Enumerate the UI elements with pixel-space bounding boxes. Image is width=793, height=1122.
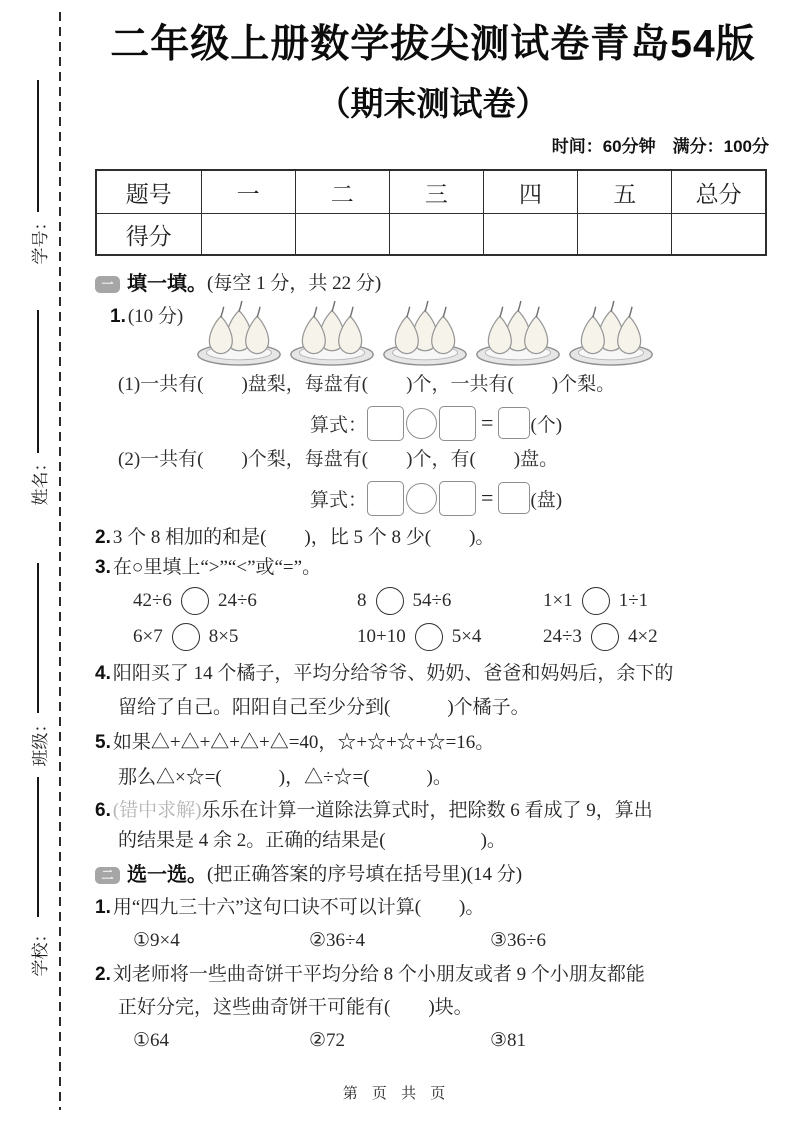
comparison-left: 24÷3: [543, 626, 582, 648]
paper-content: 二年级上册数学拔尖测试卷青岛54版 （期末测试卷） 时间：60分钟 满分：100…: [95, 0, 771, 1054]
class-label: 班级：: [18, 709, 58, 773]
comparison-item: 42÷624÷6: [133, 587, 357, 615]
choice-option: ③81: [490, 1027, 666, 1054]
answer-box[interactable]: [439, 481, 476, 516]
section-two-title: 选一选。: [127, 862, 207, 888]
comparison-item: 1×11÷1: [543, 587, 648, 615]
section-two-note: (把正确答案的序号填在括号里)(14 分): [207, 862, 522, 888]
comparison-item: 854÷6: [357, 587, 543, 615]
exam-info: 时间：60分钟 满分：100分: [95, 136, 771, 158]
score-table-header-cell: 题号: [96, 170, 201, 214]
page-title: 二年级上册数学拔尖测试卷青岛54版: [95, 22, 771, 69]
section-one-heading: 一 填一填。 (每空 1 分，共 22 分): [95, 271, 771, 297]
comparison-circle[interactable]: [172, 623, 200, 651]
operator-circle[interactable]: [406, 483, 437, 514]
question-6-tag: (错中求解): [113, 800, 202, 821]
comparison-circle[interactable]: [376, 587, 404, 615]
comparison-item: 10+105×4: [357, 623, 543, 651]
pears-illustration: [195, 299, 655, 368]
question-2: 2.3 个 8 相加的和是( )，比 5 个 8 少( )。: [95, 524, 771, 551]
formula-row-1: 算式： = (个): [95, 403, 771, 443]
question-5-line1: 如果△+△+△+△+△=40，☆+☆+☆+☆=16。: [113, 732, 494, 753]
question-3: 3.在○里填上“>”“<”或“=”。: [95, 554, 771, 581]
pear-plate-illustration: [567, 299, 655, 368]
formula-unit: (个): [530, 410, 562, 437]
question-5-line2: 那么△×☆=( )，△÷☆=( )。: [95, 764, 771, 791]
answer-box[interactable]: [498, 482, 530, 514]
answer-box[interactable]: [498, 407, 530, 439]
section2-question-2-line2: 正好分完，这些曲奇饼干可能有( )块。: [95, 994, 771, 1021]
equals-sign: =: [481, 410, 493, 436]
question-4-number: 4.: [95, 663, 111, 684]
choice-option: ②72: [309, 1027, 490, 1054]
student-id-write-line[interactable]: [37, 80, 39, 212]
comparison-right: 54÷6: [413, 590, 452, 612]
student-name-write-line[interactable]: [37, 310, 39, 453]
formula-unit: (盘): [530, 485, 562, 512]
margin-dashed-divider: [59, 12, 61, 1110]
score-input-cell[interactable]: [483, 214, 577, 256]
answer-box[interactable]: [367, 406, 404, 441]
pear-plate-illustration: [195, 299, 283, 368]
question-2-text: 3 个 8 相加的和是( )，比 5 个 8 少( )。: [113, 527, 495, 548]
section2-question-2-choices: ①64 ②72 ③81: [95, 1027, 771, 1054]
score-input-cell[interactable]: [201, 214, 295, 256]
score-table-header-cell: 三: [389, 170, 483, 214]
comparison-left: 8: [357, 590, 367, 612]
question-1-part-2: (2)一共有( )个梨，每盘有( )个，有( )盘。: [95, 446, 771, 473]
question-6-line1: 乐乐在计算一道除法算式时，把除数 6 看成了 9，算出: [202, 800, 653, 821]
comparison-right: 4×2: [628, 626, 658, 648]
section2-question-2-line1: 刘老师将一些曲奇饼干平均分给 8 个小朋友或者 9 个小朋友都能: [113, 964, 645, 985]
comparison-item: 6×78×5: [133, 623, 357, 651]
section2-question-2: 2.刘老师将一些曲奇饼干平均分给 8 个小朋友或者 9 个小朋友都能: [95, 961, 771, 988]
question-3-number: 3.: [95, 557, 111, 578]
question-1-part-1: (1)一共有( )盘梨，每盘有( )个，一共有( )个梨。: [95, 371, 771, 398]
question-1-number: 1.: [110, 306, 126, 327]
section2-question-1-choices: ①9×4 ②36÷4 ③36÷6: [95, 927, 771, 954]
comparison-left: 10+10: [357, 626, 406, 648]
question-6-line2: 的结果是 4 余 2。正确的结果是( )。: [95, 827, 771, 854]
choice-option: ②36÷4: [309, 927, 490, 954]
score-table-header-cell: 二: [295, 170, 389, 214]
question-5: 5.如果△+△+△+△+△=40，☆+☆+☆+☆=16。: [95, 729, 771, 756]
score-row-label: 得分: [96, 214, 201, 256]
section2-question-2-number: 2.: [95, 964, 111, 985]
comparison-row-2: 6×78×5 10+105×4 24÷34×2: [95, 620, 771, 653]
school-label: 学校：: [18, 919, 58, 983]
comparison-left: 42÷6: [133, 590, 172, 612]
comparison-right: 1÷1: [619, 590, 648, 612]
section-two-heading: 二 选一选。 (把正确答案的序号填在括号里)(14 分): [95, 862, 771, 888]
choice-option: ①9×4: [133, 927, 309, 954]
comparison-right: 5×4: [452, 626, 482, 648]
question-5-number: 5.: [95, 732, 111, 753]
comparison-row-1: 42÷624÷6 854÷6 1×11÷1: [95, 584, 771, 617]
formula-label: 算式：: [310, 410, 367, 437]
comparison-circle[interactable]: [415, 623, 443, 651]
question-1-points: (10 分): [128, 306, 183, 327]
score-table-header-cell: 总分: [672, 170, 766, 214]
section2-question-1-text: 用“四九三十六”这句口诀不可以计算( )。: [113, 897, 485, 918]
pear-plate-illustration: [474, 299, 562, 368]
student-id-label: 学号：: [18, 207, 58, 271]
score-table-header-cell: 四: [483, 170, 577, 214]
question-4-line2: 留给了自己。阳阳自己至少分到( )个橘子。: [95, 694, 771, 721]
comparison-right: 8×5: [209, 626, 239, 648]
comparison-item: 24÷34×2: [543, 623, 658, 651]
section-one-note: (每空 1 分，共 22 分): [207, 271, 381, 297]
pear-plate-illustration: [381, 299, 469, 368]
question-4-line1: 阳阳买了 14 个橘子，平均分给爷爷、奶奶、爸爸和妈妈后，余下的: [113, 663, 674, 684]
section-two-badge: 二: [95, 867, 120, 884]
score-input-cell[interactable]: [672, 214, 766, 256]
choice-option: ①64: [133, 1027, 309, 1054]
question-6: 6.(错中求解)乐乐在计算一道除法算式时，把除数 6 看成了 9，算出: [95, 797, 771, 824]
equals-sign: =: [481, 485, 493, 511]
section-one-title: 填一填。: [127, 271, 207, 297]
question-2-number: 2.: [95, 527, 111, 548]
score-input-cell[interactable]: [389, 214, 483, 256]
section2-question-1: 1.用“四九三十六”这句口诀不可以计算( )。: [95, 894, 771, 921]
comparison-circle[interactable]: [582, 587, 610, 615]
question-4: 4.阳阳买了 14 个橘子，平均分给爷爷、奶奶、爸爸和妈妈后，余下的: [95, 660, 771, 687]
page-footer: 第 页 共 页: [0, 1084, 793, 1104]
pear-plate-illustration: [288, 299, 376, 368]
comparison-circle[interactable]: [591, 623, 619, 651]
question-6-number: 6.: [95, 800, 111, 821]
comparison-circle[interactable]: [181, 587, 209, 615]
question-1: 1.(10 分): [95, 303, 771, 368]
exam-page: 学号： 姓名： 班级： 学校： 二年级上册数学拔尖测试卷青岛54版 （期末测试卷…: [0, 0, 793, 1122]
school-write-line[interactable]: [37, 777, 39, 917]
answer-box[interactable]: [367, 481, 404, 516]
comparison-right: 24÷6: [218, 590, 257, 612]
operator-circle[interactable]: [406, 408, 437, 439]
score-input-cell[interactable]: [578, 214, 672, 256]
score-table-header-cell: 五: [578, 170, 672, 214]
score-input-cell[interactable]: [295, 214, 389, 256]
score-table: 题号 一 二 三 四 五 总分 得分: [95, 169, 767, 256]
comparison-left: 6×7: [133, 626, 163, 648]
section-one-badge: 一: [95, 276, 120, 293]
answer-box[interactable]: [439, 406, 476, 441]
student-name-label: 姓名：: [18, 448, 58, 512]
comparison-left: 1×1: [543, 590, 573, 612]
page-subtitle: （期末测试卷）: [95, 84, 771, 124]
formula-label: 算式：: [310, 485, 367, 512]
choice-option: ③36÷6: [490, 927, 666, 954]
section2-question-1-number: 1.: [95, 897, 111, 918]
class-write-line[interactable]: [37, 563, 39, 713]
score-table-header-cell: 一: [201, 170, 295, 214]
question-3-text: 在○里填上“>”“<”或“=”。: [113, 557, 321, 578]
formula-row-2: 算式： = (盘): [95, 478, 771, 518]
